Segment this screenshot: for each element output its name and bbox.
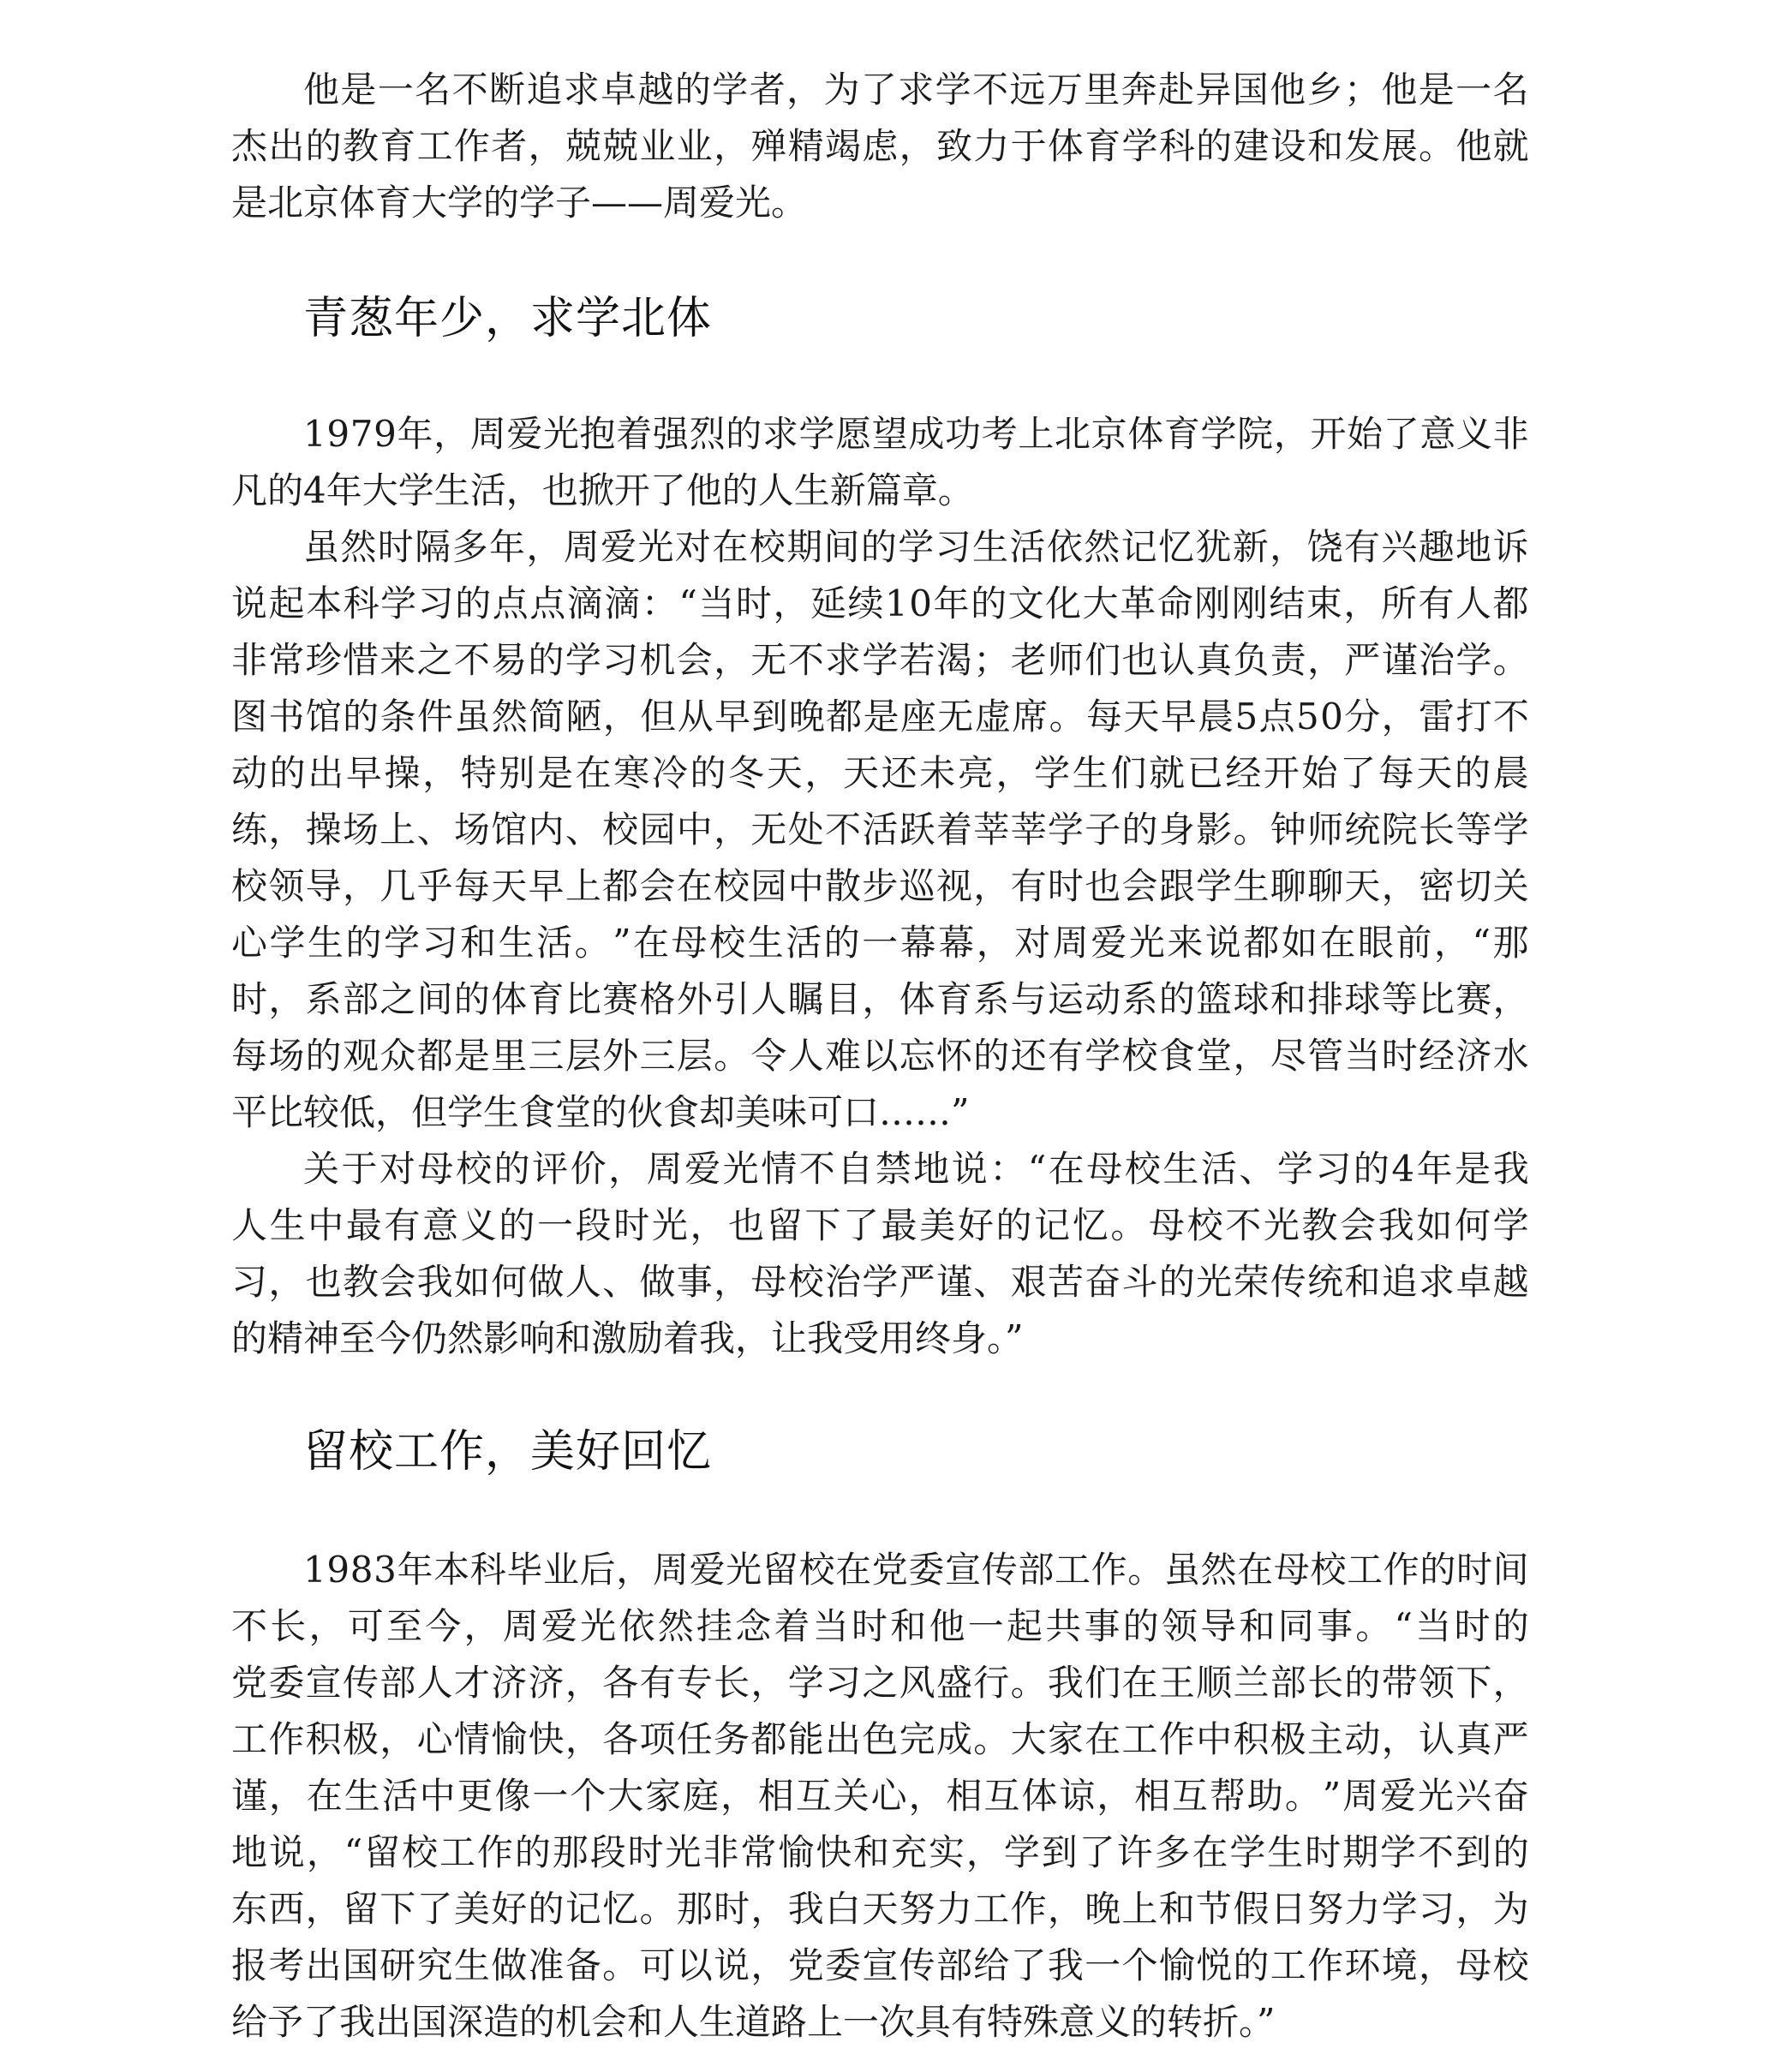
text-line: 东西，留下了美好的记忆。那时，我白天努力工作，晚上和节假日努力学习，为 [231, 1881, 1529, 1938]
text-line: 凡的4年大学生活，也掀开了他的人生新篇章。 [231, 463, 1529, 519]
text-line: 校领导，几乎每天早上都会在校园中散步巡视，有时也会跟学生聊聊天，密切关 [231, 858, 1529, 915]
text-line: 习，也教会我如何做人、做事，母校治学严谨、艰苦奋斗的光荣传统和追求卓越 [231, 1254, 1529, 1311]
text-line: 党委宣传部人才济济，各有专长，学习之风盛行。我们在王顺兰部长的带领下， [231, 1655, 1529, 1711]
text-line: 他是一名不断追求卓越的学者，为了求学不远万里奔赴异国他乡；他是一名 [303, 62, 1529, 118]
text-line: 1983年本科毕业后，周爱光留校在党委宣传部工作。虽然在母校工作的时间 [303, 1542, 1529, 1598]
text-line: 是北京体育大学的学子——周爱光。 [231, 175, 1529, 231]
text-line: 的精神至今仍然影响和激励着我，让我受用终身。” [231, 1311, 1529, 1367]
text-line: 动的出早操，特别是在寒冷的冬天，天还未亮，学生们就已经开始了每天的晨 [231, 745, 1529, 802]
text-line: 地说，“留校工作的那段时光非常愉快和充实，学到了许多在学生时期学不到的 [231, 1824, 1529, 1881]
text-line: 1979年，周爱光抱着强烈的求学愿望成功考上北京体育学院，开始了意义非 [303, 406, 1529, 463]
section-heading: 青葱年少，求学北体 [303, 289, 712, 349]
text-line: 杰出的教育工作者，兢兢业业，殚精竭虑，致力于体育学科的建设和发展。他就 [231, 118, 1529, 175]
text-line: 时，系部之间的体育比赛格外引人瞩目，体育系与运动系的篮球和排球等比赛， [231, 971, 1529, 1028]
text-line: 非常珍惜来之不易的学习机会，无不求学若渴；老师们也认真负责，严谨治学。 [231, 632, 1529, 689]
text-line: 平比较低，但学生食堂的伙食却美味可口……” [231, 1084, 1529, 1141]
text-line: 练，操场上、场馆内、校园中，无处不活跃着莘莘学子的身影。钟师统院长等学 [231, 802, 1529, 858]
text-line: 报考出国研究生做准备。可以说，党委宣传部给了我一个愉悦的工作环境，母校 [231, 1938, 1529, 1994]
text-line: 人生中最有意义的一段时光，也留下了最美好的记忆。母校不光教会我如何学 [231, 1197, 1529, 1254]
text-line: 工作积极，心情愉快，各项任务都能出色完成。大家在工作中积极主动，认真严 [231, 1711, 1529, 1768]
section-heading: 留校工作，美好回忆 [303, 1422, 712, 1482]
text-line: 每场的观众都是里三层外三层。令人难以忘怀的还有学校食堂，尽管当时经济水 [231, 1028, 1529, 1084]
text-line: 关于对母校的评价，周爱光情不自禁地说：“在母校生活、学习的4年是我 [303, 1141, 1529, 1197]
text-line: 说起本科学习的点点滴滴：“当时，延续10年的文化大革命刚刚结束，所有人都 [231, 576, 1529, 632]
text-line: 谨，在生活中更像一个大家庭，相互关心，相互体谅，相互帮助。”周爱光兴奋 [231, 1768, 1529, 1824]
text-line: 给予了我出国深造的机会和人生道路上一次具有特殊意义的转折。” [231, 1994, 1529, 2051]
text-line: 虽然时隔多年，周爱光对在校期间的学习生活依然记忆犹新，饶有兴趣地诉 [303, 519, 1529, 576]
text-line: 不长，可至今，周爱光依然挂念着当时和他一起共事的领导和同事。“当时的 [231, 1598, 1529, 1655]
text-line: 心学生的学习和生活。”在母校生活的一幕幕，对周爱光来说都如在眼前，“那 [231, 915, 1529, 971]
text-line: 图书馆的条件虽然简陋，但从早到晚都是座无虚席。每天早晨5点50分，雷打不 [231, 689, 1529, 745]
